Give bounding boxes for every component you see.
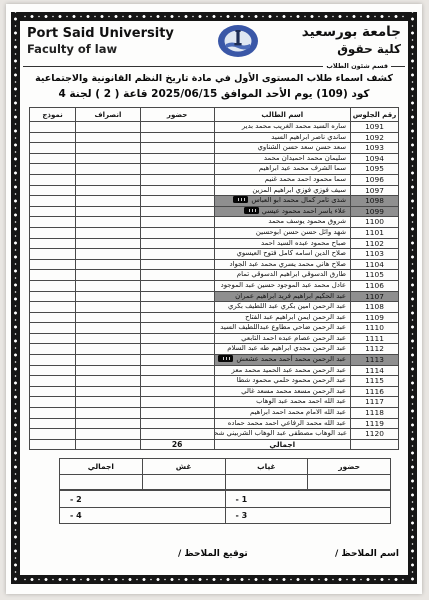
summary-col-header: حضور [308, 459, 391, 475]
present-cell [140, 312, 214, 323]
summary-value-cell [60, 475, 143, 490]
seat-number-cell: 1115 [351, 376, 399, 387]
summary-value-cell [308, 475, 391, 490]
seat-number-cell: 1101 [351, 227, 399, 238]
leave-cell [76, 132, 141, 143]
leave-cell [76, 344, 141, 355]
note-number: - 4 [70, 511, 82, 520]
leave-cell [76, 376, 141, 387]
leave-cell [76, 408, 141, 419]
present-cell [140, 355, 214, 366]
present-cell [140, 206, 214, 217]
leave-cell [76, 429, 141, 440]
observer-signature-label: توقيع الملاحظ / [178, 549, 248, 559]
table-row: 1094سليمان محمد احميدان محمد [30, 153, 399, 164]
session-info: كود (109) يوم الأحد الموافق 2025/06/15 ق… [23, 88, 405, 100]
student-name-cell: صباح محمود عبده السيد احمد [214, 238, 351, 249]
note-cell: - 3 [225, 507, 391, 524]
student-name: طارق الدسوقي ابراهيم الدسوقي تمام [237, 270, 346, 278]
student-name-cell: عبد الله محمد الرفاعي احمد محمد حماده [214, 418, 351, 429]
note-number: - 3 [236, 511, 248, 520]
university-name-ar: جامعة بورسعيد [302, 24, 401, 42]
student-name-cell: سعد حسن سعد حسن الشناوي [214, 143, 351, 154]
total-present-count: 26 [140, 439, 214, 450]
student-name: عبد الرحمن ضاحي مطاوع عبداللطيف السيد [220, 323, 346, 331]
present-cell [140, 227, 214, 238]
student-name-cell: شذى تامر كمال محمد ابو العباس [214, 196, 351, 207]
seat-number-cell: 1099 [351, 206, 399, 217]
student-name-cell: عبد الرحمن امين بكري عبد اللطيف بكري [214, 302, 351, 313]
table-row: 1104صلاح هاني محمد يسري محمد عبد الجواد [30, 259, 399, 270]
leave-cell [76, 196, 141, 207]
faculty-name-en: Faculty of law [27, 42, 174, 56]
leave-cell [76, 280, 141, 291]
table-row: 1119عبد الله محمد الرفاعي احمد محمد حماد… [30, 418, 399, 429]
student-name-cell: عبد الرحمن محمود حلمي محمود شطا [214, 376, 351, 387]
student-name: شهد وائل حسن حسن ابوحسين [256, 228, 346, 236]
note-number: - 2 [70, 495, 82, 504]
seat-number-cell: 1117 [351, 397, 399, 408]
leave-cell [76, 238, 141, 249]
seat-number-cell: 1108 [351, 302, 399, 313]
leave-cell [76, 164, 141, 175]
black-stamp-icon [218, 355, 233, 362]
form-cell [30, 164, 76, 175]
form-cell [30, 429, 76, 440]
present-cell [140, 302, 214, 313]
student-name-cell: سما الشرف محمد عيد ابراهيم [214, 164, 351, 175]
seat-number-cell: 1095 [351, 164, 399, 175]
faculty-name-ar: كلية حقوق [302, 42, 401, 58]
seat-number-cell: 1109 [351, 312, 399, 323]
student-name-cell: ساندي ناصر ابراهيم السيد [214, 132, 351, 143]
student-name: عبد الرحمن محمد أحمد محمد عشعش [236, 355, 346, 363]
form-cell [30, 291, 76, 302]
student-name: عبد الرحمن مجدي ابراهيم طه عبد السلام [227, 344, 346, 352]
present-cell [140, 174, 214, 185]
present-cell [140, 217, 214, 228]
present-cell [140, 386, 214, 397]
summary-values-row [60, 475, 391, 490]
leave-cell [76, 174, 141, 185]
notes-row: - 3- 4 [60, 507, 391, 524]
student-name-cell: عبد الرحمن ايمن ابراهيم عبد الفتاح [214, 312, 351, 323]
table-row: 1107عبد الحكيم ابراهيم فريد ابراهيم عمرا… [30, 291, 399, 302]
form-cell [30, 376, 76, 387]
leave-cell [76, 249, 141, 260]
seat-number-cell: 1103 [351, 249, 399, 260]
note-number: - 1 [236, 495, 248, 504]
leave-cell [76, 365, 141, 376]
summary-col-header: غش [142, 459, 225, 475]
sheet-title: كشف اسماء طلاب المستوى الأول في مادة تار… [23, 73, 405, 84]
document-page: Port Said University Faculty of law جامع… [6, 4, 422, 594]
form-cell [30, 206, 76, 217]
decorative-border-left [11, 12, 20, 584]
summary-value-cell [142, 475, 225, 490]
divider-rule [23, 66, 323, 67]
student-name: عبد الوهاب مصطفى عبد الوهاب الشربيني شحا… [214, 429, 347, 437]
student-name: علاء ياسر احمد محمود عيسي [262, 207, 346, 215]
table-row: 1113عبد الرحمن محمد أحمد محمد عشعش [30, 355, 399, 366]
student-name: عبد الله الامام محمد احمد ابراهيم [250, 408, 346, 416]
student-name: عبد الحكيم ابراهيم فريد ابراهيم عمران [235, 292, 346, 300]
total-label: اجمالي [214, 439, 351, 450]
leave-cell [76, 227, 141, 238]
student-name: عبد الله محمد الرفاعي احمد محمد حماده [228, 419, 346, 427]
present-cell [140, 153, 214, 164]
student-name: سعد حسن سعد حسن الشناوي [257, 143, 346, 151]
note-cell: - 4 [60, 507, 226, 524]
table-row: 1118عبد الله الامام محمد احمد ابراهيم [30, 408, 399, 419]
student-name: عبد الله احمد محمد عبد الوهاب [256, 397, 346, 405]
student-name: صلاح الدين اسامه كامل فتوح العيسوي [237, 249, 347, 257]
leave-cell [76, 386, 141, 397]
form-cell [30, 153, 76, 164]
form-cell [30, 122, 76, 133]
form-cell [30, 270, 76, 281]
form-cell [30, 418, 76, 429]
col-header-form: نموذج [30, 108, 76, 122]
total-empty-form [30, 439, 76, 450]
student-name-cell: طارق الدسوقي ابراهيم الدسوقي تمام [214, 270, 351, 281]
note-cell: - 2 [60, 491, 226, 508]
seat-number-cell: 1112 [351, 344, 399, 355]
student-name-cell: عبد الله احمد محمد عبد الوهاب [214, 397, 351, 408]
seat-number-cell: 1106 [351, 280, 399, 291]
students-table: رقم الجلوس اسم الطالب حضور انصراف نموذج … [29, 107, 399, 450]
table-row: 1120عبد الوهاب مصطفى عبد الوهاب الشربيني… [30, 429, 399, 440]
table-row: 1114عبد الرحمن محمد عبد الحميد محمد معز [30, 365, 399, 376]
table-row: 1102صباح محمود عبده السيد احمد [30, 238, 399, 249]
present-cell [140, 418, 214, 429]
table-row: 1096سما محمود احمد محمد غنيم [30, 174, 399, 185]
table-row: 1116عبد الرحمن مسعد محمد مسعد غالي [30, 386, 399, 397]
form-cell [30, 196, 76, 207]
notes-row: - 1- 2 [60, 491, 391, 508]
col-header-name: اسم الطالب [214, 108, 351, 122]
col-header-present: حضور [140, 108, 214, 122]
present-cell [140, 185, 214, 196]
table-header-row: رقم الجلوس اسم الطالب حضور انصراف نموذج [30, 108, 399, 122]
notes-table: - 1- 2- 3- 4 [59, 490, 391, 524]
student-name-cell: شهد وائل حسن حسن ابوحسين [214, 227, 351, 238]
table-row: 1106عادل محمد عبد الموجود حسين عبد الموج… [30, 280, 399, 291]
black-stamp-icon [244, 207, 259, 214]
seat-number-cell: 1104 [351, 259, 399, 270]
university-name-en: Port Said University [27, 26, 174, 42]
seat-number-cell: 1113 [351, 355, 399, 366]
present-cell [140, 164, 214, 175]
table-row: 1117عبد الله احمد محمد عبد الوهاب [30, 397, 399, 408]
present-cell [140, 143, 214, 154]
form-cell [30, 217, 76, 228]
student-name-cell: صلاح هاني محمد يسري محمد عبد الجواد [214, 259, 351, 270]
seat-number-cell: 1092 [351, 132, 399, 143]
student-name-cell: عبد الرحمن مجدي ابراهيم طه عبد السلام [214, 344, 351, 355]
student-name: سيف فوزي فوزي ابراهيم المزين [252, 186, 346, 194]
seat-number-cell: 1114 [351, 365, 399, 376]
total-row: اجمالي 26 [30, 439, 399, 450]
leave-cell [76, 312, 141, 323]
seat-number-cell: 1096 [351, 174, 399, 185]
table-row: 1101شهد وائل حسن حسن ابوحسين [30, 227, 399, 238]
present-cell [140, 291, 214, 302]
table-row: 1105طارق الدسوقي ابراهيم الدسوقي تمام [30, 270, 399, 281]
letterhead: Port Said University Faculty of law جامع… [23, 21, 405, 59]
present-cell [140, 333, 214, 344]
student-name: عبد الرحمن مسعد محمد مسعد غالي [241, 387, 346, 395]
seat-number-cell: 1107 [351, 291, 399, 302]
student-name-cell: شروق محمود يوسف محمد [214, 217, 351, 228]
present-cell [140, 365, 214, 376]
form-cell [30, 143, 76, 154]
present-cell [140, 323, 214, 334]
student-name-cell: علاء ياسر احمد محمود عيسي [214, 206, 351, 217]
seat-number-cell: 1094 [351, 153, 399, 164]
student-name: عبد الرحمن ايمن ابراهيم عبد الفتاح [245, 313, 346, 321]
student-name: عادل محمد عبد الموجود حسين عبد الموجود [221, 281, 346, 289]
student-name: شذى تامر كمال محمد ابو العباس [251, 196, 346, 204]
form-cell [30, 280, 76, 291]
seat-number-cell: 1120 [351, 429, 399, 440]
present-cell [140, 344, 214, 355]
black-stamp-icon [233, 196, 248, 203]
table-row: 1099علاء ياسر احمد محمود عيسي [30, 206, 399, 217]
form-cell [30, 302, 76, 313]
leave-cell [76, 418, 141, 429]
form-cell [30, 365, 76, 376]
seat-number-cell: 1100 [351, 217, 399, 228]
seat-number-cell: 1093 [351, 143, 399, 154]
form-cell [30, 323, 76, 334]
seat-number-cell: 1091 [351, 122, 399, 133]
summary-header-row: حضورغيابغشاجمالي [60, 459, 391, 475]
decorative-border-bottom [11, 575, 417, 584]
summary-col-header: غياب [225, 459, 308, 475]
student-name: سما محمود احمد محمد غنيم [265, 175, 346, 183]
student-name-cell: سيف فوزي فوزي ابراهيم المزين [214, 185, 351, 196]
col-header-leave: انصراف [76, 108, 141, 122]
student-name-cell: عبد الرحمن محمد أحمد محمد عشعش [214, 355, 351, 366]
student-name-cell: عبد الرحمن عصام عبده احمد التابعي [214, 333, 351, 344]
present-cell [140, 122, 214, 133]
form-cell [30, 386, 76, 397]
student-name: عبد الرحمن امين بكري عبد اللطيف بكري [228, 302, 346, 310]
student-name: ساندي ناصر ابراهيم السيد [271, 133, 346, 141]
present-cell [140, 132, 214, 143]
table-row: 1091ساره السيد محمد الغريب محمد بدير [30, 122, 399, 133]
table-row: 1098شذى تامر كمال محمد ابو العباس [30, 196, 399, 207]
note-cell: - 1 [225, 491, 391, 508]
summary-table: حضورغيابغشاجمالي [59, 458, 391, 490]
table-row: 1108عبد الرحمن امين بكري عبد اللطيف بكري [30, 302, 399, 313]
total-empty-seat [351, 439, 399, 450]
seat-number-cell: 1118 [351, 408, 399, 419]
form-cell [30, 355, 76, 366]
seat-number-cell: 1097 [351, 185, 399, 196]
table-row: 1095سما الشرف محمد عيد ابراهيم [30, 164, 399, 175]
leave-cell [76, 185, 141, 196]
leave-cell [76, 217, 141, 228]
form-cell [30, 312, 76, 323]
leave-cell [76, 323, 141, 334]
present-cell [140, 196, 214, 207]
present-cell [140, 408, 214, 419]
student-name-cell: ساره السيد محمد الغريب محمد بدير [214, 122, 351, 133]
student-name: سليمان محمد احميدان محمد [264, 154, 346, 162]
table-row: 1103صلاح الدين اسامه كامل فتوح العيسوي [30, 249, 399, 260]
student-name: عبد الرحمن محمود حلمي محمود شطا [237, 376, 346, 384]
table-row: 1110عبد الرحمن ضاحي مطاوع عبداللطيف السي… [30, 323, 399, 334]
total-empty-leave [76, 439, 141, 450]
table-row: 1092ساندي ناصر ابراهيم السيد [30, 132, 399, 143]
present-cell [140, 429, 214, 440]
form-cell [30, 344, 76, 355]
table-row: 1100شروق محمود يوسف محمد [30, 217, 399, 228]
leave-cell [76, 143, 141, 154]
present-cell [140, 259, 214, 270]
leave-cell [76, 302, 141, 313]
student-name-cell: عبد الرحمن ضاحي مطاوع عبداللطيف السيد [214, 323, 351, 334]
col-header-seat: رقم الجلوس [351, 108, 399, 122]
leave-cell [76, 153, 141, 164]
student-name: عبد الرحمن عصام عبده احمد التابعي [241, 334, 346, 342]
seat-number-cell: 1119 [351, 418, 399, 429]
department-divider: قسم شئون الطلاب [23, 62, 405, 70]
student-name: ساره السيد محمد الغريب محمد بدير [242, 122, 346, 130]
leave-cell [76, 270, 141, 281]
divider-rule [391, 66, 405, 67]
student-name-cell: سليمان محمد احميدان محمد [214, 153, 351, 164]
student-name-cell: صلاح الدين اسامه كامل فتوح العيسوي [214, 249, 351, 260]
student-name: صلاح هاني محمد يسري محمد عبد الجواد [230, 260, 347, 268]
form-cell [30, 397, 76, 408]
signature-line: اسم الملاحظ / توقيع الملاحظ / [23, 549, 405, 565]
present-cell [140, 238, 214, 249]
table-row: 1097سيف فوزي فوزي ابراهيم المزين [30, 185, 399, 196]
leave-cell [76, 397, 141, 408]
leave-cell [76, 355, 141, 366]
table-row: 1112عبد الرحمن مجدي ابراهيم طه عبد السلا… [30, 344, 399, 355]
table-row: 1109عبد الرحمن ايمن ابراهيم عبد الفتاح [30, 312, 399, 323]
form-cell [30, 185, 76, 196]
student-name-cell: عبد الوهاب مصطفى عبد الوهاب الشربيني شحا… [214, 429, 351, 440]
form-cell [30, 227, 76, 238]
table-row: 1111عبد الرحمن عصام عبده احمد التابعي [30, 333, 399, 344]
department-label: قسم شئون الطلاب [323, 62, 391, 70]
present-cell [140, 249, 214, 260]
decorative-border-right [408, 12, 417, 584]
seat-number-cell: 1111 [351, 333, 399, 344]
student-name: صباح محمود عبده السيد احمد [261, 239, 346, 247]
student-name-cell: عادل محمد عبد الموجود حسين عبد الموجود [214, 280, 351, 291]
student-name: شروق محمود يوسف محمد [268, 217, 346, 225]
table-row: 1093سعد حسن سعد حسن الشناوي [30, 143, 399, 154]
seat-number-cell: 1116 [351, 386, 399, 397]
decorative-border-top [11, 12, 417, 21]
students-table-body: 1091ساره السيد محمد الغريب محمد بدير1092… [30, 122, 399, 440]
student-name-cell: عبد الله الامام محمد احمد ابراهيم [214, 408, 351, 419]
form-cell [30, 249, 76, 260]
form-cell [30, 259, 76, 270]
student-name: سما الشرف محمد عيد ابراهيم [259, 164, 346, 172]
student-name-cell: عبد الرحمن مسعد محمد مسعد غالي [214, 386, 351, 397]
student-name-cell: سما محمود احمد محمد غنيم [214, 174, 351, 185]
leave-cell [76, 333, 141, 344]
student-name-cell: عبد الحكيم ابراهيم فريد ابراهيم عمران [214, 291, 351, 302]
leave-cell [76, 206, 141, 217]
leave-cell [76, 122, 141, 133]
present-cell [140, 270, 214, 281]
seat-number-cell: 1098 [351, 196, 399, 207]
form-cell [30, 174, 76, 185]
table-row: 1115عبد الرحمن محمود حلمي محمود شطا [30, 376, 399, 387]
present-cell [140, 376, 214, 387]
leave-cell [76, 291, 141, 302]
seat-number-cell: 1102 [351, 238, 399, 249]
student-name: عبد الرحمن محمد عبد الحميد محمد معز [232, 366, 347, 374]
student-name-cell: عبد الرحمن محمد عبد الحميد محمد معز [214, 365, 351, 376]
form-cell [30, 238, 76, 249]
seat-number-cell: 1110 [351, 323, 399, 334]
university-logo-icon [216, 23, 260, 59]
summary-col-header: اجمالي [60, 459, 143, 475]
form-cell [30, 408, 76, 419]
present-cell [140, 280, 214, 291]
summary-value-cell [225, 475, 308, 490]
form-cell [30, 333, 76, 344]
seat-number-cell: 1105 [351, 270, 399, 281]
present-cell [140, 397, 214, 408]
form-cell [30, 132, 76, 143]
observer-name-label: اسم الملاحظ / [335, 549, 399, 559]
leave-cell [76, 259, 141, 270]
